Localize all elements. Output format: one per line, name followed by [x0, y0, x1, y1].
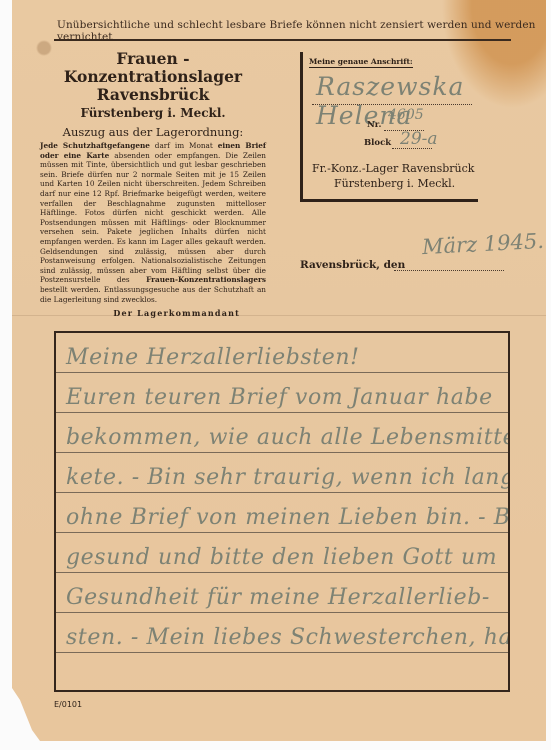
- camp-title-line1: Frauen - Konzentrationslager: [40, 50, 266, 86]
- date-field[interactable]: März 1945.: [421, 229, 544, 259]
- letter-line: sten. - Mein liebes Schwesterchen, habe: [56, 623, 508, 653]
- camp-place: Fürstenberg i. Meckl.: [40, 106, 266, 120]
- block-dotted-line: [392, 148, 432, 149]
- header-rule: [54, 39, 511, 41]
- address-label: Meine genaue Anschrift:: [309, 57, 413, 68]
- letter-line: bekommen, wie auch alle Lebensmittelpa-: [56, 423, 508, 453]
- camp-address-line1: Fr.-Konz.-Lager Ravensbrück: [312, 162, 474, 175]
- rules-part: Frauen-Konzentrationslagers: [146, 275, 266, 284]
- letter-line: kete. - Bin sehr traurig, wenn ich lange: [56, 463, 508, 493]
- camp-title-line2: Ravensbrück: [40, 86, 266, 104]
- block-label: Block: [364, 138, 391, 148]
- excerpt-title: Auszug aus der Lagerordnung:: [40, 125, 266, 139]
- name-dotted-line: [312, 104, 472, 105]
- date-dotted-line: [394, 270, 504, 271]
- form-code: E/0101: [54, 700, 82, 709]
- rules-part: absenden oder empfangen. Die Zeilen müss…: [40, 151, 266, 285]
- address-border: [300, 199, 478, 202]
- address-border: [300, 52, 303, 200]
- rules-part: bestellt werden. Entlassungsgesuche aus …: [40, 285, 266, 304]
- letter-line: ohne Brief von meinen Lieben bin. - Bin: [56, 503, 508, 533]
- letter-line: gesund und bitte den lieben Gott um: [56, 543, 508, 573]
- letter-line: Meine Herzallerliebsten!: [56, 343, 508, 373]
- prisoner-number-label: Nr.: [367, 120, 381, 130]
- camp-rules-text: Jede Schutzhaftgefangene darf im Monat e…: [40, 141, 266, 304]
- letter-line: Gesundheit für meine Herzallerlieb-: [56, 583, 508, 613]
- block-number-field[interactable]: 29-a: [400, 129, 438, 149]
- camp-info-panel: Frauen - Konzentrationslager Ravensbrück…: [40, 50, 266, 318]
- prisoner-number-field[interactable]: 4605: [388, 107, 424, 123]
- commandant-signature: Der Lagerkommandant: [40, 308, 266, 318]
- rules-part: Jede Schutzhaftgefangene: [40, 141, 150, 150]
- camp-address-line2: Fürstenberg i. Meckl.: [334, 177, 455, 190]
- letter-line: Euren teuren Brief vom Januar habe: [56, 383, 508, 413]
- dateline-place-label: Ravensbrück, den: [300, 259, 405, 271]
- rules-part: darf im Monat: [150, 141, 218, 150]
- letter-form-sheet: Unübersichtliche und schlecht lesbare Br…: [12, 0, 546, 741]
- sender-name-field[interactable]: Raszewska Helena: [316, 72, 546, 130]
- letter-writing-area[interactable]: Meine Herzallerliebsten! Euren teuren Br…: [54, 331, 510, 692]
